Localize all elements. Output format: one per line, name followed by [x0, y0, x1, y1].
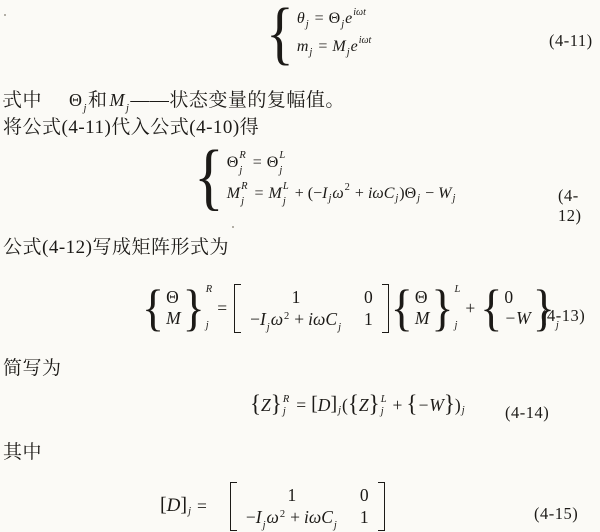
sub-j: j [263, 520, 266, 531]
operator-plus: + [355, 185, 364, 203]
var-iomega: iω [308, 309, 325, 329]
matrix-cell-22: 1 [360, 507, 369, 528]
var-inertia: I [260, 309, 266, 329]
matrix-cell-22: 1 [364, 309, 373, 330]
equation-4-15: [D]j= 1 0 −Ijω2+iωCj 1 [160, 478, 387, 532]
matrix-left-bracket [230, 482, 237, 531]
operator-equals: = [217, 298, 227, 319]
sub-j: j [341, 19, 344, 30]
equation-label-4-11: (4-11) [549, 31, 593, 51]
sub-j: j [462, 405, 465, 416]
equation-label-4-14: (4-14) [505, 403, 549, 423]
script-stack: Lj [279, 151, 285, 177]
var-weight: W [438, 185, 451, 203]
var-theta-cap: Θ [329, 10, 341, 28]
matrix-cell-21: −Ijω2+iωCj [246, 507, 338, 528]
equation-4-12: { ΘRj=ΘLj MRj=MLj+(−Ijω2+iωCj)Θj−Wj [194, 147, 456, 209]
script-stack: Rj [239, 151, 245, 177]
matrix-cells: 1 0 −Ijω2+iωCj 1 [237, 482, 378, 531]
scan-speck [4, 14, 6, 16]
var-neg-w: −W [417, 395, 443, 416]
operator-plus: + [294, 309, 304, 329]
matrix-cell-11: 1 [292, 287, 301, 308]
script-stack: Rj [283, 395, 289, 418]
var-damping: C [325, 309, 337, 329]
vector-entries: Θ M [164, 287, 183, 329]
operator-plus: + [290, 507, 300, 527]
matrix-cell-12: 0 [360, 485, 369, 506]
sentence: 将公式(4-11)代入公式(4-10)得 [3, 117, 259, 138]
matrix-right-bracket [378, 482, 385, 531]
vector-entry-zero: 0 [504, 287, 513, 308]
sub-j: j [381, 407, 387, 418]
left-curly-brace: { [250, 393, 261, 415]
sup-L: L [455, 285, 461, 296]
var-e: e [345, 10, 352, 28]
var-m-small: m [297, 38, 309, 56]
var-m-cap: M [332, 38, 345, 56]
var-damping: C [384, 185, 395, 203]
left-square-bracket: [ [160, 494, 167, 517]
sentence: 其中 [3, 442, 42, 463]
sup-R: R [283, 395, 289, 406]
var-damping: C [321, 507, 333, 527]
sub-j: j [338, 405, 341, 416]
sup-R: R [239, 151, 245, 162]
vector-entries: Θ M [413, 287, 432, 329]
sub-j: j [455, 321, 461, 332]
left-curly-brace: { [348, 393, 359, 415]
sub-j: j [241, 197, 247, 208]
paragraph-substitute: 将公式(4-11)代入公式(4-10)得 [3, 112, 259, 139]
sup-R: R [206, 285, 212, 296]
operator-equals: = [296, 395, 306, 416]
operator-minus: − [250, 309, 260, 329]
operator-equals: = [253, 154, 262, 172]
sub-j: j [417, 193, 420, 204]
vector-entry-theta: Θ [415, 287, 428, 308]
dash-and-definition: ——状态变量的复幅值。 [130, 90, 345, 111]
sup-iomega-t: iωt [353, 7, 366, 18]
paragraph-where: 其中 [3, 437, 42, 464]
label-shizhong: 式中 [3, 90, 42, 111]
sub-j: j [267, 322, 270, 333]
equation-row: θj=Θjeiωt [297, 5, 372, 33]
script-stack: L j [455, 281, 461, 335]
system-left-brace: { [266, 2, 294, 65]
sup-iomega-t: iωt [359, 35, 372, 46]
var-theta-cap: Θ [69, 90, 83, 110]
var-inertia: I [256, 507, 262, 527]
vector-entries: 0 −W [502, 287, 532, 329]
operator-minus: − [425, 185, 434, 203]
left-curly-brace: { [142, 285, 164, 331]
right-curly-brace: } [271, 393, 282, 415]
scan-speck [232, 226, 234, 228]
operator-minus: − [246, 507, 256, 527]
var-m-cap: M [269, 185, 282, 203]
equation-row: ΘRj=ΘLj [227, 147, 457, 178]
operator-plus: + [295, 185, 304, 203]
vector-entry-theta: Θ [166, 287, 179, 308]
var-d: D [167, 495, 181, 517]
sub-j: j [206, 321, 212, 332]
right-curly-brace: } [444, 393, 455, 415]
vector-entry-neg-w: −W [504, 308, 530, 329]
sup-L: L [381, 395, 387, 406]
var-iomega: iω [304, 507, 321, 527]
left-curly-brace: { [406, 393, 417, 415]
var-theta-small: θ [297, 10, 305, 28]
sentence: 简写为 [3, 358, 62, 379]
sentence: 公式(4-12)写成矩阵形式为 [3, 237, 229, 258]
var-e: e [351, 38, 358, 56]
word-and: 和 [88, 90, 108, 111]
transfer-matrix: 1 0 −Ijω2+iωCj 1 [234, 284, 389, 333]
paragraph-abbreviated: 简写为 [3, 353, 62, 380]
equation-label-4-13: (4-13) [541, 306, 585, 326]
sub-j: j [239, 166, 245, 177]
matrix-right-bracket [382, 284, 389, 333]
transfer-matrix: 1 0 −Ijω2+iωCj 1 [230, 482, 385, 531]
equation-4-14: {Z}Rj=[D]j({Z}Lj+{−W})j [250, 390, 466, 420]
sup-L: L [279, 151, 285, 162]
right-curly-brace: } [431, 285, 453, 331]
script-stack: R j [206, 281, 212, 335]
vector-entry-m: M [415, 308, 430, 329]
operator-plus: + [393, 395, 403, 416]
sup-2: 2 [284, 311, 289, 322]
operator-plus: + [465, 298, 475, 319]
right-square-bracket: ] [180, 494, 187, 517]
equation-4-11: { θj=Θjeiωt mj=Mjeiωt [266, 5, 371, 61]
matrix-cell-12: 0 [364, 287, 373, 308]
equation-rows: θj=Θjeiωt mj=Mjeiωt [297, 5, 372, 61]
sub-j: j [283, 407, 289, 418]
sup-2: 2 [280, 509, 285, 520]
var-d: D [318, 395, 331, 416]
var-theta-cap: Θ [405, 185, 417, 203]
sub-j: j [279, 166, 285, 177]
right-curly-brace: } [183, 285, 205, 331]
sub-j: j [338, 322, 341, 333]
operator-equals: = [315, 10, 324, 28]
sub-j: j [347, 47, 350, 58]
operator-equals: = [197, 496, 207, 517]
left-square-bracket: [ [311, 393, 318, 416]
equation-label-4-15: (4-15) [534, 504, 578, 524]
vector-entry-m: M [166, 308, 181, 329]
document-page: { θj=Θjeiωt mj=Mjeiωt (4-11) 式中Θj和Mj——状态… [0, 0, 600, 532]
operator-minus: − [313, 185, 322, 203]
matrix-cell-11: 1 [287, 485, 296, 506]
sub-j: j [334, 520, 337, 531]
sup-R: R [241, 182, 247, 193]
equation-4-13: { Θ M } R j = 1 0 −Ijω2+iωCj 1 { [142, 274, 559, 342]
sub-j: j [309, 47, 312, 58]
var-z: Z [359, 395, 369, 416]
sub-j: j [188, 506, 191, 517]
var-inertia: I [322, 185, 327, 203]
equation-label-4-12: (4-12) [558, 186, 600, 226]
left-curly-brace: { [480, 285, 502, 331]
script-stack: Lj [283, 182, 289, 208]
paragraph-matrix-form: 公式(4-12)写成矩阵形式为 [3, 232, 229, 259]
var-m-cap: M [227, 185, 240, 203]
var-iomega: iω [368, 185, 384, 203]
var-theta-cap: Θ [267, 154, 279, 172]
var-z: Z [261, 395, 271, 416]
sup-2: 2 [345, 182, 350, 193]
left-curly-brace: { [391, 285, 413, 331]
right-curly-brace: } [369, 393, 380, 415]
matrix-left-bracket [234, 284, 241, 333]
sub-j: j [328, 193, 331, 204]
paren-close: ) [455, 395, 461, 416]
paragraph-variable-note: 式中Θj和Mj——状态变量的复幅值。 [3, 85, 345, 112]
state-vector-left-side: { Θ M } L j [391, 281, 461, 335]
sup-L: L [283, 182, 289, 193]
sub-j: j [283, 197, 289, 208]
equation-row: MRj=MLj+(−Ijω2+iωCj)Θj−Wj [227, 178, 457, 209]
sub-j: j [306, 19, 309, 30]
equation-row: mj=Mjeiωt [297, 33, 372, 61]
right-square-bracket: ] [330, 393, 337, 416]
script-stack: Lj [381, 395, 387, 418]
sub-j: j [452, 193, 455, 204]
var-omega: ω [267, 507, 279, 527]
state-vector-right-side: { Θ M } R j [142, 281, 212, 335]
operator-equals: = [255, 185, 264, 203]
var-omega: ω [332, 185, 343, 203]
sub-j: j [395, 193, 398, 204]
var-theta-cap: Θ [227, 154, 239, 172]
system-left-brace: { [194, 145, 224, 212]
matrix-cells: 1 0 −Ijω2+iωCj 1 [241, 284, 382, 333]
matrix-cell-21: −Ijω2+iωCj [250, 309, 342, 330]
var-omega: ω [271, 309, 283, 329]
operator-equals: = [318, 38, 327, 56]
var-m-cap: M [109, 90, 125, 110]
script-stack: Rj [241, 182, 247, 208]
equation-rows: ΘRj=ΘLj MRj=MLj+(−Ijω2+iωCj)Θj−Wj [227, 147, 457, 209]
